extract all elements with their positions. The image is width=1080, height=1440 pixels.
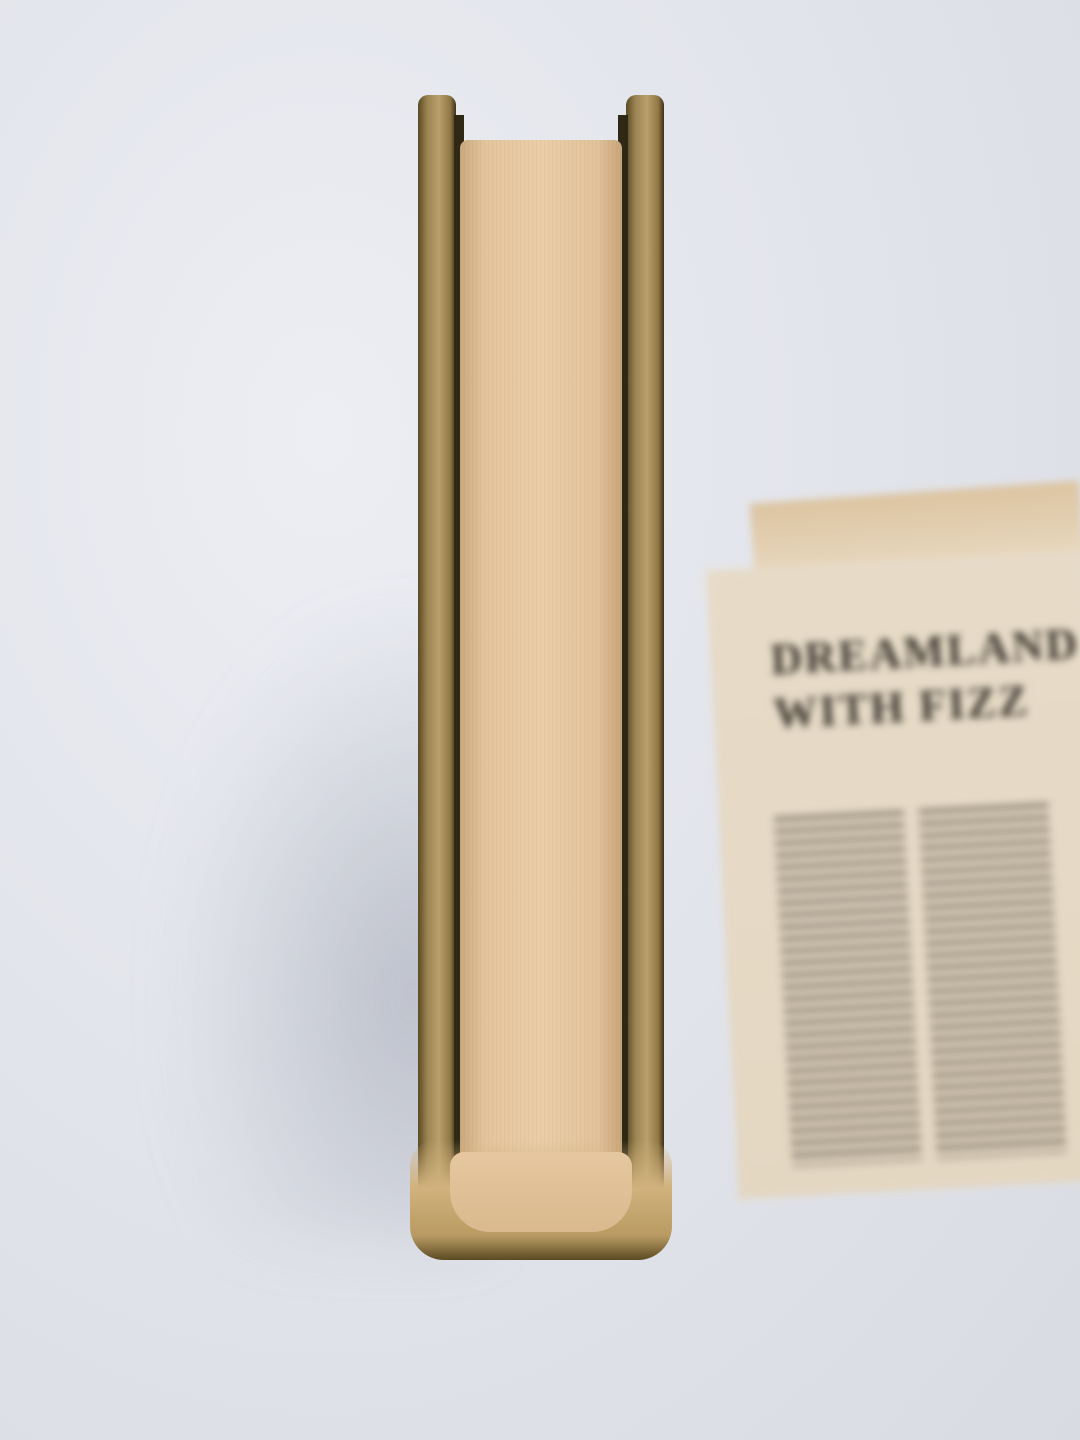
clipping-headline-2: WITH FIZZ	[772, 674, 1064, 739]
clipping-kicker	[768, 592, 1058, 607]
clipping-column-2	[919, 803, 1067, 1159]
newspaper-clipping: DREAMLAND WITH FIZZ	[706, 550, 1080, 1199]
page-block	[460, 140, 622, 1210]
clipping-column-1	[774, 810, 922, 1166]
page-block-end	[450, 1152, 632, 1232]
spine-end	[410, 1140, 672, 1260]
right-board	[626, 95, 664, 1245]
book-edge	[410, 95, 672, 1260]
left-board	[418, 95, 456, 1245]
